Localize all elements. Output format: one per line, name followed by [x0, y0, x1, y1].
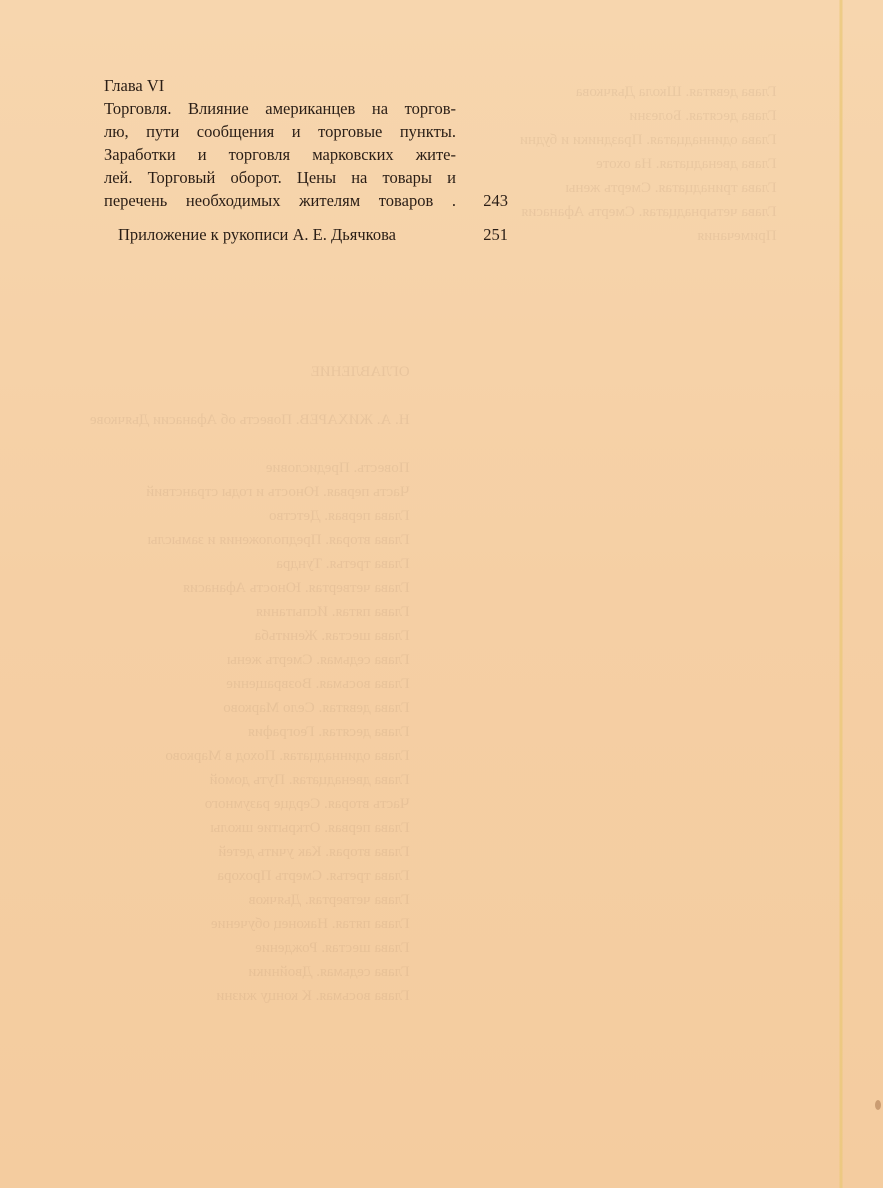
bleed-through-text-2: ОГЛАВЛЕНИЕ Н. А. ЖИХАРЕВ. Повесть об Афа…	[90, 360, 410, 1008]
chapter-line: лей. Торговый оборот. Цены на товары и	[104, 166, 456, 189]
paper-stain	[875, 1100, 881, 1110]
chapter-line: Заработки и торговля марковских жите-	[104, 143, 456, 166]
chapter-line: лю, пути сообщения и торговые пункты.	[104, 120, 456, 143]
page-number: 251	[456, 223, 508, 246]
chapter-line: перечень необходимых жителям товаров .	[104, 189, 456, 212]
toc-entry-chapter-6: Торговля. Влияние американцев на торгов-…	[104, 97, 508, 212]
page-number: 243	[456, 189, 508, 212]
appendix-title: Приложение к рукописи А. Е. Дьячкова	[104, 223, 456, 246]
toc-entry-appendix: Приложение к рукописи А. Е. Дьячкова 251	[104, 223, 508, 246]
chapter-line: Торговля. Влияние американцев на торгов-	[104, 97, 456, 120]
table-of-contents: Глава VI Торговля. Влияние американцев н…	[104, 74, 508, 246]
chapter-description: Торговля. Влияние американцев на торгов-…	[104, 97, 456, 212]
chapter-heading: Глава VI	[104, 74, 508, 97]
bleed-through-text: Глава девятая. Школа Дьячкова Глава деся…	[520, 80, 777, 248]
document-page: Глава девятая. Школа Дьячкова Глава деся…	[0, 0, 883, 1188]
